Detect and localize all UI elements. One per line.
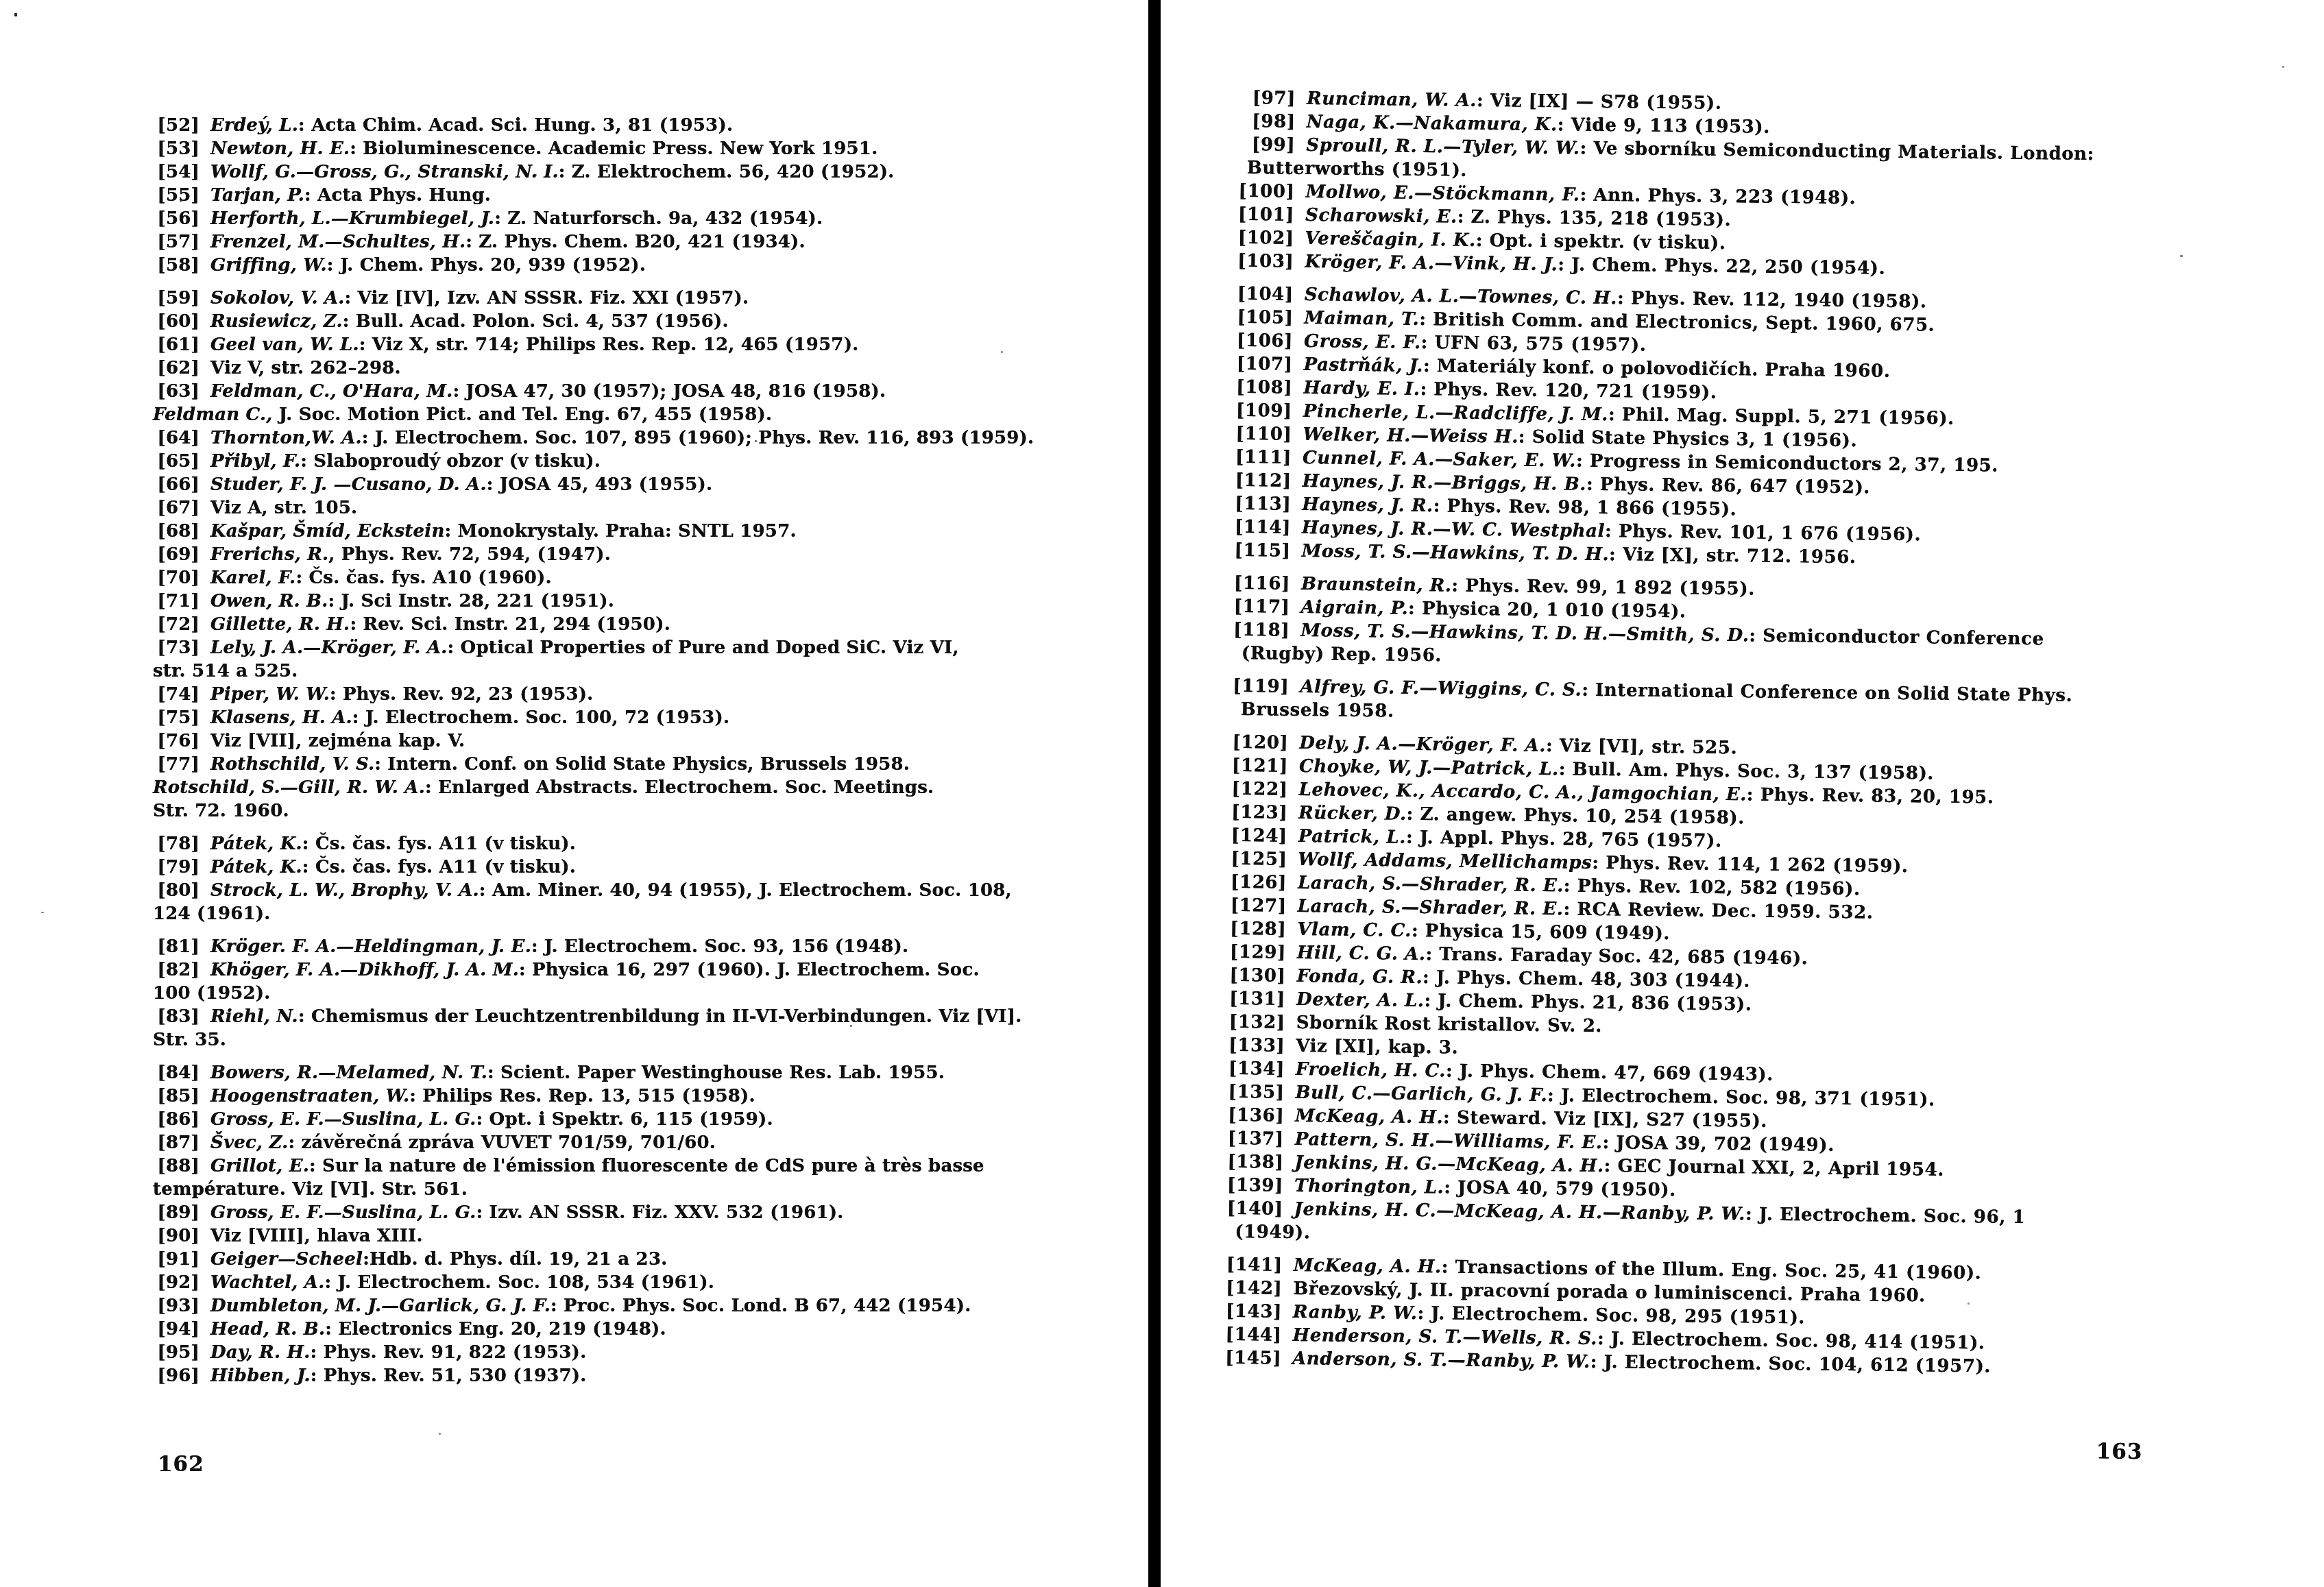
reference-citation-text: : J. Electrochem. Soc. 98, 414 (1951). (1597, 1329, 1985, 1353)
reference-number: [73] (141, 636, 210, 659)
reference-number: [123] (1219, 801, 1298, 825)
reference-citation-text: : Acta Chim. Acad. Sci. Hung. 3, 81 (195… (298, 115, 733, 136)
author-names: Vlam, C. C. (1297, 919, 1412, 941)
reference-line: [84]Bowers, R.—Melamed, N. T.: Scient. P… (153, 1061, 1141, 1085)
reference-citation-text: : JOSA 39, 702 (1949). (1602, 1132, 1835, 1156)
reference-number: [79] (141, 856, 210, 879)
reference-line: [69]Frerichs, R., Phys. Rev. 72, 594, (1… (153, 543, 1141, 566)
reference-citation-text: : J. Electrochem. Soc. 108, 534 (1961). (324, 1272, 714, 1293)
author-names: Rothschild, V. S. (210, 754, 374, 775)
reference-number: [112] (1223, 469, 1303, 493)
reference-entry: [67]Viz A, str. 105. (141, 496, 1141, 520)
reference-entry: [60]Rusiewicz, Z.: Bull. Acad. Polon. Sc… (141, 310, 1141, 333)
reference-number: [105] (1224, 306, 1304, 330)
reference-line: [79]Pátek, K.: Čs. čas. fys. A11 (v tisk… (153, 856, 1141, 879)
author-names: Kröger. F. A.—Heldingman, J. E. (210, 936, 531, 957)
reference-number: [61] (141, 333, 210, 356)
reference-number: [90] (141, 1224, 210, 1248)
reference-number: [131] (1217, 987, 1296, 1011)
reference-citation-text: : Phys. Rev. 99, 1 892 (1955). (1451, 576, 1755, 600)
reference-entry: [82]Khöger, F. A.—Dikhoff, J. A. M.: Phy… (141, 958, 1141, 1005)
reference-entry: [95]Day, R. H.: Phys. Rev. 91, 822 (1953… (141, 1341, 1141, 1364)
author-names: Kašpar, Šmíd, Eckstein (210, 521, 445, 542)
reference-citation-text: Viz [XI], kap. 3. (1296, 1036, 1458, 1058)
reference-citation-text: : Izv. AN SSSR. Fiz. XXV. 532 (1961). (476, 1202, 843, 1223)
author-names: Herforth, L.—Krumbiegel, J. (210, 208, 494, 229)
author-names: Owen, R. B. (210, 591, 328, 611)
author-names: Gross, E. F. (1304, 331, 1421, 353)
reference-number: [104] (1225, 282, 1305, 306)
reference-entry: [68]Kašpar, Šmíd, Eckstein: Monokrystaly… (141, 520, 1141, 543)
author-names: Frenzel, M.—Schultes, H. (210, 232, 465, 252)
reference-line: [59]Sokolov, V. A.: Viz [IV], Izv. AN SS… (153, 287, 1141, 310)
reference-entry: [88]Grillot, E.: Sur la nature de l'émis… (141, 1154, 1141, 1201)
author-names: Erdeý, L. (210, 115, 298, 136)
reference-citation-text: : Ann. Phys. 3, 223 (1948). (1579, 185, 1856, 209)
author-names: Pastrňák, J. (1303, 354, 1423, 376)
reference-entry: [76]Viz [VII], zejména kap. V. (141, 729, 1141, 753)
reference-citation-text: : Physica 15, 609 (1949). (1412, 921, 1670, 944)
reference-citation-text: (1949). (1235, 1222, 1311, 1243)
reference-citation-text: : J. Sci Instr. 28, 221 (1951). (328, 591, 615, 611)
reference-citation-text: : závěrečná zpráva VUVET 701/59, 701/60. (289, 1132, 716, 1153)
reference-number: [115] (1222, 539, 1301, 563)
reference-citation-text: Viz V, str. 262–298. (210, 358, 401, 378)
reference-number: [101] (1226, 203, 1305, 227)
reference-line: [76]Viz [VII], zejména kap. V. (153, 729, 1141, 753)
author-names: Hardy, E. I. (1303, 378, 1420, 400)
reference-entry: [52]Erdeý, L.: Acta Chim. Acad. Sci. Hun… (141, 114, 1141, 137)
author-names: Pátek, K. (210, 857, 302, 877)
author-names: Day, R. H. (210, 1342, 310, 1363)
reference-number: [135] (1215, 1080, 1295, 1104)
author-names: Patrick, L. (1298, 826, 1407, 848)
reference-line: [72]Gillette, R. H.: Rev. Sci. Instr. 21… (153, 613, 1141, 636)
author-names: Haynes, J. R.—Briggs, H. B. (1303, 471, 1587, 495)
scan-speck (850, 1025, 852, 1027)
reference-number: [69] (141, 543, 210, 566)
reference-citation-text: : Phys. Rev. 114, 1 262 (1959). (1592, 853, 1908, 877)
reference-number: [63] (141, 380, 210, 403)
reference-citation-text: : Phys. Rev. 98, 1 866 (1955). (1433, 496, 1737, 520)
reference-line: [53]Newton, H. E.: Bioluminescence. Acad… (153, 137, 1141, 160)
reference-number: [106] (1224, 329, 1304, 353)
reference-citation-text: : Z. angew. Phys. 10, 254 (1958). (1407, 804, 1745, 829)
reference-line: [85]Hoogenstraaten, W.: Philips Res. Rep… (153, 1085, 1141, 1108)
reference-line: [78]Pátek, K.: Čs. čas. fys. A11 (v tisk… (153, 832, 1141, 856)
reference-number: [143] (1213, 1300, 1293, 1324)
reference-citation-text: : Physica 16, 297 (1960). J. Electrochem… (519, 960, 980, 980)
reference-number: [88] (141, 1154, 210, 1178)
reference-number: [139] (1215, 1174, 1294, 1198)
reference-number: [130] (1217, 964, 1296, 988)
reference-line: [80]Strock, L. W., Brophy, V. A.: Am. Mi… (153, 879, 1141, 902)
author-names: Studer, F. J. —Cusano, D. A. (210, 474, 487, 495)
reference-number: [129] (1218, 941, 1297, 965)
reference-citation-text: , Phys. Rev. 72, 594, (1947). (328, 544, 611, 565)
reference-number: [67] (141, 496, 210, 520)
reference-number: [83] (141, 1005, 210, 1028)
author-names: Mollwo, E.—Stöckmann, F. (1305, 182, 1579, 206)
author-names: Scharowski, E. (1305, 205, 1457, 228)
reference-number: [77] (141, 753, 210, 776)
reference-entry: [69]Frerichs, R., Phys. Rev. 72, 594, (1… (141, 543, 1141, 566)
page-right: [97]Runciman, W. A.: Viz [IX] — S78 (195… (1211, 86, 2324, 1573)
reference-citation-text: : J. Electrochem. Soc. 107, 895 (1960); … (362, 428, 1034, 448)
reference-citation-text: : Physica 20, 1 010 (1954). (1408, 598, 1686, 622)
reference-citation-text: : RCA Review. Dec. 1959. 532. (1563, 899, 1873, 923)
reference-number: [136] (1215, 1104, 1295, 1128)
reference-entry: [66]Studer, F. J. —Cusano, D. A.: JOSA 4… (141, 473, 1141, 496)
reference-entry: [58]Griffing, W.: J. Chem. Phys. 20, 939… (141, 254, 1141, 277)
reference-number: [87] (141, 1131, 210, 1154)
author-names: Dumbleton, M. J.—Garlick, G. J. F. (210, 1296, 550, 1316)
reference-entry: [63]Feldman, C., O'Hara, M.: JOSA 47, 30… (141, 380, 1141, 426)
author-names: Feldman C., (153, 404, 273, 425)
author-names: Moss, T. S.—Hawkins, T. D. H. (1301, 541, 1609, 565)
reference-citation-text: Brussels 1958. (1241, 699, 1394, 722)
author-names: Moss, T. S.—Hawkins, T. D. H.—Smith, S. … (1300, 620, 1750, 646)
scan-speck (535, 174, 537, 176)
reference-number: [86] (141, 1108, 210, 1131)
author-names: Vereščagin, I. K. (1305, 228, 1476, 251)
reference-line: [81]Kröger. F. A.—Heldingman, J. E.: J. … (153, 935, 1141, 958)
author-names: Klasens, H. A. (210, 707, 352, 728)
reference-number: [132] (1217, 1010, 1296, 1034)
reference-citation-text: (Rugby) Rep. 1956. (1242, 643, 1442, 666)
reference-number: [133] (1216, 1034, 1296, 1058)
reference-number: [64] (141, 426, 210, 450)
reference-line: [91]Geiger—Scheel:Hdb. d. Phys. díl. 19,… (153, 1248, 1141, 1271)
reference-number: [111] (1223, 446, 1303, 470)
reference-number: [141] (1214, 1253, 1294, 1277)
reference-number: [78] (141, 832, 210, 856)
author-names: Hibben, J. (210, 1366, 311, 1386)
reference-number: [99] (1226, 133, 1306, 157)
reference-line: [74]Piper, W. W.: Phys. Rev. 92, 23 (195… (153, 683, 1141, 706)
reference-entry: [61]Geel van, W. L.: Viz X, str. 714; Ph… (141, 333, 1141, 356)
reference-citation-text: : J. Chem. Phys. 22, 250 (1954). (1558, 254, 1885, 278)
reference-citation-text: : J. Electrochem. Soc. 104, 612 (1957). (1590, 1352, 1992, 1377)
reference-citation-text: : Viz [IV], Izv. AN SSSR. Fiz. XXI (1957… (345, 288, 749, 308)
reference-entry: [93]Dumbleton, M. J.—Garlick, G. J. F.: … (141, 1294, 1141, 1318)
reference-number: [98] (1226, 110, 1306, 134)
reference-entry: [78]Pátek, K.: Čs. čas. fys. A11 (v tisk… (141, 832, 1141, 856)
author-names: Gillette, R. H. (210, 614, 350, 635)
reference-citation-text: : Phys. Rev. 92, 23 (1953). (330, 684, 594, 705)
author-names: Bowers, R.—Melamed, N. T. (210, 1063, 487, 1083)
reference-number: [110] (1223, 422, 1303, 446)
reference-number: [107] (1224, 352, 1303, 376)
reference-citation-text: : Phys. Rev. 120, 721 (1959). (1420, 379, 1717, 403)
reference-entry: [92]Wachtel, A.: J. Electrochem. Soc. 10… (141, 1271, 1141, 1294)
reference-number: [54] (141, 160, 210, 184)
reference-list-right: [97]Runciman, W. A.: Viz [IX] — S78 (195… (1213, 86, 2324, 1382)
reference-number: [97] (1227, 86, 1307, 110)
reference-entry: [65]Přibyl, F.: Slaboproudý obzor (v tis… (141, 450, 1141, 473)
reference-citation-text: : Phys. Rev. 101, 1 676 (1956). (1605, 521, 1921, 545)
reference-citation-text: : International Conference on Solid Stat… (1582, 680, 2072, 706)
author-names: Kröger, F. A.—Vink, H. J. (1305, 252, 1558, 275)
reference-citation-text: : Z. Phys. Chem. B20, 421 (1934). (465, 232, 806, 252)
reference-citation-text: : J. Phys. Chem. 47, 669 (1943). (1446, 1061, 1774, 1085)
author-names: Thorington, L. (1294, 1176, 1444, 1198)
scan-speck (1968, 1303, 1970, 1305)
reference-entry: [71]Owen, R. B.: J. Sci Instr. 28, 221 (… (141, 590, 1141, 613)
reference-citation-text: : Scient. Paper Westinghouse Res. Lab. 1… (487, 1063, 945, 1083)
reference-number: [95] (141, 1341, 210, 1364)
author-names: Griffing, W. (210, 255, 327, 276)
reference-citation-text: Sborník Rost kristallov. Sv. 2. (1296, 1013, 1603, 1037)
author-names: Froelich, H. C. (1296, 1059, 1446, 1081)
reference-entry: [81]Kröger. F. A.—Heldingman, J. E.: J. … (141, 935, 1141, 958)
reference-number: [93] (141, 1294, 210, 1318)
reference-entry: [64]Thornton,W. A.: J. Electrochem. Soc.… (141, 426, 1141, 450)
author-names: Gross, E. F.—Suslina, L. G. (210, 1202, 476, 1223)
reference-citation-text: 124 (1961). (153, 904, 271, 924)
reference-line: [93]Dumbleton, M. J.—Garlick, G. J. F.: … (153, 1294, 1141, 1318)
reference-entry: [83]Riehl, N.: Chemismus der Leuchtzentr… (141, 1005, 1141, 1052)
author-names: Welker, H.—Weiss H. (1303, 424, 1518, 448)
author-names: Geel van, W. L. (210, 335, 359, 355)
reference-entry: [87]Švec, Z.: závěrečná zpráva VUVET 701… (141, 1131, 1141, 1154)
reference-number: [85] (141, 1085, 210, 1108)
author-names: Rusiewicz, Z. (210, 311, 343, 332)
reference-entry: [73]Lely, J. A.—Kröger, F. A.: Optical P… (141, 636, 1141, 683)
author-names: McKeag, A. H. (1294, 1255, 1442, 1277)
author-names: Schawlov, A. L.—Townes, C. H. (1305, 284, 1618, 308)
author-names: Wollf, G.—Gross, G., Stranski, N. I. (210, 162, 559, 182)
reference-citation-text: : Materiály konf. o polovodičích. Praha … (1423, 356, 1891, 382)
author-names: Aigrain, P. (1300, 597, 1408, 619)
author-names: Riehl, N. (210, 1006, 298, 1027)
author-names: Ranby, P. W. (1293, 1302, 1418, 1324)
reference-citation-text: : Proc. Phys. Soc. Lond. B 67, 442 (1954… (550, 1296, 971, 1316)
reference-number: [102] (1226, 226, 1305, 250)
reference-continuation-line: Rotschild, S.—Gill, R. W. A.: Enlarged A… (153, 776, 1141, 799)
author-names: Khöger, F. A.—Dikhoff, J. A. M. (210, 960, 519, 980)
reference-number: [96] (141, 1364, 210, 1388)
reference-citation-text: : Monokrystaly. Praha: SNTL 1957. (445, 521, 797, 542)
reference-entry: [62]Viz V, str. 262–298. (141, 356, 1141, 380)
author-names: Karel, F. (210, 568, 295, 588)
reference-number: [55] (141, 184, 210, 207)
author-names: Pátek, K. (210, 834, 302, 854)
reference-number: [120] (1220, 731, 1299, 755)
reference-number: [144] (1213, 1323, 1292, 1347)
reference-line: [95]Day, R. H.: Phys. Rev. 91, 822 (1953… (153, 1341, 1141, 1364)
reference-citation-text: : Phys. Rev. 112, 1940 (1958). (1617, 288, 1927, 312)
reference-citation-text: : Trans. Faraday Soc. 42, 685 (1946). (1425, 944, 1808, 969)
reference-line: [62]Viz V, str. 262–298. (153, 356, 1141, 380)
reference-line: [89]Gross, E. F.—Suslina, L. G.: Izv. AN… (153, 1201, 1141, 1224)
reference-entry: [75]Klasens, H. A.: J. Electrochem. Soc.… (141, 706, 1141, 729)
author-names: Pincherle, L.—Radcliffe, J. M. (1303, 401, 1609, 425)
reference-number: [70] (141, 566, 210, 590)
reference-number: [65] (141, 450, 210, 473)
author-names: Grillot, E. (210, 1156, 309, 1176)
page-number-left: 162 (158, 1452, 204, 1477)
author-names: Sokolov, V. A. (210, 288, 345, 308)
author-names: Haynes, J. R.—W. C. Westphal (1302, 518, 1606, 542)
reference-line: [92]Wachtel, A.: J. Electrochem. Soc. 10… (153, 1271, 1141, 1294)
reference-number: [108] (1224, 376, 1303, 400)
reference-number: [92] (141, 1271, 210, 1294)
reference-citation-text: : Opt. i spektr. (v tisku). (1476, 230, 1726, 254)
reference-entry: [94]Head, R. B.: Electronics Eng. 20, 21… (141, 1318, 1141, 1341)
author-names: Bull, C.—Garlich, G. J. F. (1295, 1082, 1547, 1106)
reference-citation-text: : Slaboproudý obzor (v tisku). (300, 451, 601, 472)
reference-number: [76] (141, 729, 210, 753)
reference-line: [64]Thornton,W. A.: J. Electrochem. Soc.… (153, 426, 1141, 450)
reference-number: [81] (141, 935, 210, 958)
scan-speck (2282, 66, 2284, 68)
reference-number: [134] (1216, 1057, 1296, 1081)
reference-entry: [86]Gross, E. F.—Suslina, L. G.: Opt. i … (141, 1108, 1141, 1131)
reference-number: [72] (141, 613, 210, 636)
author-names: Sproull, R. L.—Tyler, W. W. (1306, 135, 1580, 159)
reference-continuation-line: 100 (1952). (153, 982, 1141, 1005)
reference-citation-text: Butterworths (1951). (1247, 158, 1468, 181)
reference-number: [125] (1218, 847, 1298, 871)
author-names: Runciman, W. A. (1307, 88, 1477, 111)
reference-entry: [96]Hibben, J.: Phys. Rev. 51, 530 (1937… (141, 1364, 1141, 1388)
reference-number: [109] (1224, 399, 1303, 423)
reference-number: [75] (141, 706, 210, 729)
reference-citation-text: : Phys. Rev. 102, 582 (1956). (1564, 875, 1861, 899)
reference-number: [82] (141, 958, 210, 982)
scan-speck (1001, 351, 1003, 353)
reference-citation-text: : Steward. Viz [IX], S27 (1955). (1443, 1107, 1767, 1131)
reference-entry: [79]Pátek, K.: Čs. čas. fys. A11 (v tisk… (141, 856, 1141, 879)
reference-line: [77]Rothschild, V. S.: Intern. Conf. on … (153, 753, 1141, 776)
reference-citation-text: : Sur la nature de l'émission fluorescen… (309, 1156, 984, 1176)
reference-entry: [54]Wollf, G.—Gross, G., Stranski, N. I.… (141, 160, 1141, 184)
reference-citation-text: : UFN 63, 575 (1957). (1420, 332, 1646, 356)
scan-speck (1652, 809, 1654, 811)
author-names: Head, R. B. (210, 1319, 325, 1340)
reference-citation-text: : JOSA 40, 579 (1950). (1444, 1177, 1676, 1200)
reference-line: [75]Klasens, H. A.: J. Electrochem. Soc.… (153, 706, 1141, 729)
reference-citation-text: : Čs. čas. fys. A11 (v tisku). (302, 834, 576, 854)
reference-line: [88]Grillot, E.: Sur la nature de l'émis… (153, 1154, 1141, 1178)
author-names: Feldman, C., O'Hara, M. (210, 381, 453, 402)
reference-citation-text: : Čs. čas. fys. A11 (v tisku). (302, 857, 576, 877)
author-names: Geiger—Scheel (210, 1249, 363, 1270)
reference-number: [62] (141, 356, 210, 380)
reference-citation-text: str. 514 a 525. (153, 661, 298, 681)
reference-number: [124] (1219, 824, 1298, 848)
reference-number: [127] (1218, 894, 1297, 918)
author-names: McKeag, A. H. (1295, 1106, 1443, 1128)
reference-citation-text: : Acta Phys. Hung. (304, 185, 491, 206)
reference-citation-text: : Semiconductor Conference (1749, 625, 2044, 649)
author-names: Thornton,W. A. (210, 428, 362, 448)
reference-number: [66] (141, 473, 210, 496)
reference-number: [74] (141, 683, 210, 706)
reference-citation-text: : Philips Res. Rep. 13, 515 (1958). (409, 1086, 755, 1106)
reference-entry: [55]Tarjan, P.: Acta Phys. Hung. (141, 184, 1141, 207)
author-names: Choyke, W, J.—Patrick, L. (1299, 756, 1559, 779)
reference-citation-text: : J. Chem. Phys. 20, 939 (1952). (327, 255, 646, 276)
author-names: Braunstein, R. (1301, 574, 1452, 596)
reference-continuation-line: température. Viz [VI]. Str. 561. (153, 1178, 1141, 1201)
author-names: Newton, H. E. (210, 138, 350, 159)
author-names: Frerichs, R. (210, 544, 328, 565)
author-names: Tarjan, P. (210, 185, 304, 206)
author-names: Larach, S.—Shrader, R. E. (1298, 873, 1564, 896)
reference-entry: [74]Piper, W. W.: Phys. Rev. 92, 23 (195… (141, 683, 1141, 706)
reference-line: [60]Rusiewicz, Z.: Bull. Acad. Polon. Sc… (153, 310, 1141, 333)
reference-citation-text: : Vide 9, 113 (1953). (1558, 114, 1770, 138)
reference-line: [94]Head, R. B.: Electronics Eng. 20, 21… (153, 1318, 1141, 1341)
reference-entry: [80]Strock, L. W., Brophy, V. A.: Am. Mi… (141, 879, 1141, 925)
reference-citation-text: : JOSA 47, 30 (1957); JOSA 48, 816 (1958… (453, 381, 886, 402)
reference-citation-text: : GEC Journal XXI, 2, April 1954. (1604, 1156, 1945, 1180)
reference-number: [116] (1222, 572, 1301, 596)
reference-citation-text: température. Viz [VI]. Str. 561. (153, 1179, 468, 1200)
reference-number: [114] (1222, 516, 1302, 540)
reference-citation-text: 100 (1952). (153, 983, 271, 1004)
reference-entry: [85]Hoogenstraaten, W.: Philips Res. Rep… (141, 1085, 1141, 1108)
reference-citation-text: : Phys. Rev. 91, 822 (1953). (310, 1342, 586, 1363)
reference-entry: [77]Rothschild, V. S.: Intern. Conf. on … (141, 753, 1141, 823)
reference-entry: [84]Bowers, R.—Melamed, N. T.: Scient. P… (141, 1061, 1141, 1085)
reference-entry: [56]Herforth, L.—Krumbiegel, J.: Z. Natu… (141, 207, 1141, 230)
author-names: Anderson, S. T.—Ranby, P. W. (1292, 1348, 1590, 1372)
scan-speck (41, 912, 44, 913)
reference-line: [65]Přibyl, F.: Slaboproudý obzor (v tis… (153, 450, 1141, 473)
reference-citation-text: : Viz X, str. 714; Philips Res. Rep. 12,… (359, 335, 859, 355)
reference-line: [86]Gross, E. F.—Suslina, L. G.: Opt. i … (153, 1108, 1141, 1131)
reference-citation-text: : Rev. Sci. Instr. 21, 294 (1950). (350, 614, 670, 635)
reference-entry: [91]Geiger—Scheel:Hdb. d. Phys. díl. 19,… (141, 1248, 1141, 1271)
reference-number: [140] (1214, 1197, 1294, 1221)
reference-number: [142] (1213, 1276, 1293, 1300)
reference-line: [73]Lely, J. A.—Kröger, F. A.: Optical P… (153, 636, 1141, 659)
reference-line: [90]Viz [VIII], hlava XIII. (153, 1224, 1141, 1248)
reference-citation-text: Str. 72. 1960. (153, 801, 289, 821)
reference-citation-text: : Z. Phys. 135, 218 (1953). (1457, 207, 1732, 231)
reference-citation-text: : J. Electrochem. Soc. 98, 371 (1951). (1547, 1085, 1935, 1110)
author-names: Haynes, J. R. (1302, 494, 1433, 516)
reference-number: [71] (141, 590, 210, 613)
reference-line: [57]Frenzel, M.—Schultes, H.: Z. Phys. C… (153, 230, 1141, 254)
reference-line: [58]Griffing, W.: J. Chem. Phys. 20, 939… (153, 254, 1141, 277)
reference-line: [70]Karel, F.: Čs. čas. fys. A10 (1960). (153, 566, 1141, 590)
reference-line: [87]Švec, Z.: závěrečná zpráva VUVET 701… (153, 1131, 1141, 1154)
author-names: Rücker, D. (1298, 803, 1407, 825)
reference-citation-text: : JOSA 45, 493 (1955). (487, 474, 713, 495)
reference-entry: [90]Viz [VIII], hlava XIII. (141, 1224, 1141, 1248)
reference-number: [57] (141, 230, 210, 254)
reference-citation-text: : Phil. Mag. Suppl. 5, 271 (1956). (1608, 404, 1954, 429)
reference-citation-text: : J. Electrochem. Soc. 98, 295 (1951). (1417, 1303, 1805, 1328)
reference-citation-text: J. Soc. Motion Pict. and Tel. Eng. 67, 4… (273, 404, 773, 425)
book-gutter-bar (1148, 0, 1161, 1587)
reference-number: [118] (1221, 618, 1300, 642)
reference-entry: [53]Newton, H. E.: Bioluminescence. Acad… (141, 137, 1141, 160)
reference-citation-text: :Hdb. d. Phys. díl. 19, 21 a 23. (363, 1249, 667, 1270)
reference-citation-text: : Bull. Acad. Polon. Sci. 4, 537 (1956). (343, 311, 729, 332)
author-names: Strock, L. W., Brophy, V. A. (210, 880, 479, 901)
reference-number: [128] (1218, 917, 1297, 941)
author-names: Dexter, A. L. (1296, 989, 1425, 1011)
reference-citation-text: : Am. Miner. 40, 94 (1955), J. Electroch… (479, 880, 1012, 901)
reference-line: [55]Tarjan, P.: Acta Phys. Hung. (153, 184, 1141, 207)
author-names: Přibyl, F. (210, 451, 300, 472)
reference-entry: [72]Gillette, R. H.: Rev. Sci. Instr. 21… (141, 613, 1141, 636)
